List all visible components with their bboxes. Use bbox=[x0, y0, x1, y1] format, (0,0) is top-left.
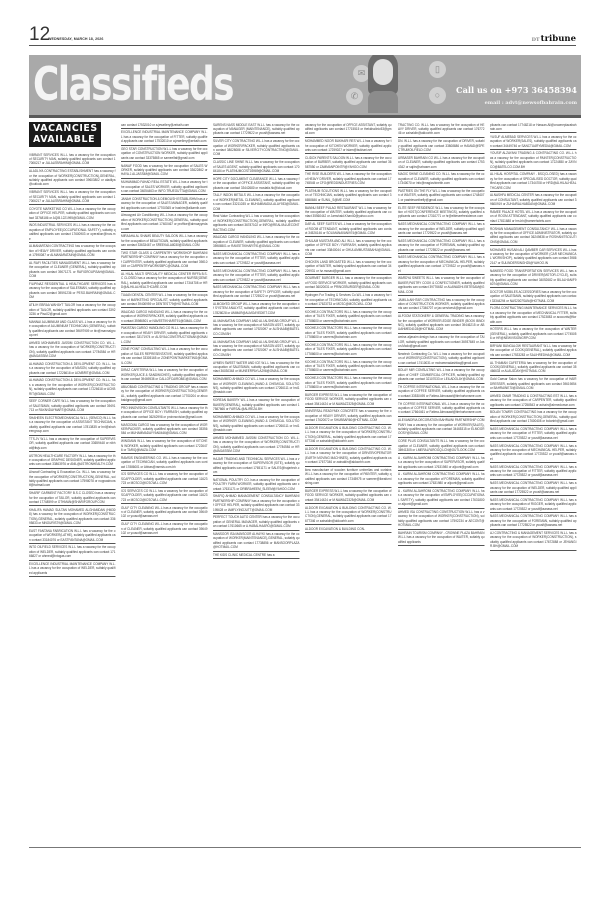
brand-name: tribune bbox=[541, 34, 576, 44]
classified-ad: PRO INNOVISION CONSULTANTS W.L.L has a v… bbox=[121, 405, 207, 421]
classified-ad: GEO STAR CONSTRUCTION W.L.L has a vacanc… bbox=[121, 146, 207, 162]
classified-ad: Real Value Contracting W.L.L has a vacan… bbox=[213, 214, 299, 234]
classified-ad: ZONE POINT CONSULTING W.L.L has a vacanc… bbox=[121, 347, 207, 367]
classified-ad: BANNU BEEF PULAO RESTAURANT W.L.L has a … bbox=[305, 205, 391, 221]
classified-ad: amina aljassim design has a vacancy for … bbox=[398, 335, 484, 351]
classified-ad: MASOOMA CARGO has a vacancy for the occu… bbox=[121, 422, 207, 438]
classified-ad: GHULAM MUSTAFA AND ALI W.L.L has a vacan… bbox=[305, 238, 391, 258]
heading-line-2: AVAILABLE bbox=[33, 135, 101, 146]
classified-ad: SARENS NASS MIDDLE EAST W.L.L has a vaca… bbox=[213, 122, 299, 138]
classified-ad: ALHAMAD CONSTRUCTION & DEVLOPMENT CO. W.… bbox=[29, 361, 115, 377]
ads-column-5: TRACTING CO. W.L.L has a vacancy for the… bbox=[398, 122, 485, 547]
classified-ad: AL RAFI FACILITIES MANAGEMENT W.L.L has … bbox=[29, 260, 115, 280]
classified-ad: TH COFFEE INTERNATIONAL W.L.L has a vaca… bbox=[398, 384, 484, 400]
classified-ad: PASTRIES ON THE FLY W.L.L has a vacancy … bbox=[398, 188, 484, 204]
classified-ad: VIBRANT SERVICES W.L.L has a vacancy for… bbox=[29, 190, 115, 206]
classified-ad: KOOHEJI CONTRACTORS W.L.L has a vacancy … bbox=[305, 376, 391, 392]
classified-ad: ABUOBAID CONTRACTING & TRADING GROUP has… bbox=[121, 384, 207, 404]
classified-ad: NASS MECHANICAL CONTRACTING COMPANY W.L.… bbox=[490, 443, 576, 463]
classified-ad: Newtech Contracting Co. W.L.L has a vaca… bbox=[398, 351, 484, 367]
classified-ad: THE KIDS CLINIC MEDICAL CENTRE has a bbox=[213, 552, 299, 559]
classified-ad: TALLY INDON METALS W.L.L has a vacancy f… bbox=[213, 193, 299, 213]
classified-ad: SEEF CORNER CAFE W.L.L has a vacancy for… bbox=[29, 399, 115, 415]
classified-ad: BIRYANI BUNGALOW RESTAURANT W.L.L has a … bbox=[490, 343, 576, 359]
classified-ad: TTS.JV W.L.L has a vacancy for the occup… bbox=[29, 436, 115, 452]
classified-ad: PLATINUM SOLUTIONS W.L.L has a vacancy f… bbox=[305, 188, 391, 204]
classified-ad: WALIDAD CARGO HANDLING W.L.L has a vacan… bbox=[121, 309, 207, 325]
classified-ad: TRACTING CO. W.L.L has a vacancy for the… bbox=[398, 122, 484, 138]
page-date: WEDNESDAY, MARCH 18, 2026 bbox=[48, 37, 104, 41]
classified-ad: CHICKEN LAND BROASTED W.L.L has a vacanc… bbox=[305, 259, 391, 275]
classified-ad: YUSUF ALMEBAD SERVICES W.L.L has a vacan… bbox=[490, 134, 576, 150]
classified-ad: PAKISTAN CARGO HANDLING CO W.L.L has a v… bbox=[121, 326, 207, 346]
classified-ad: ALNASHFA MEDICAL CENTER has a vacancy fo… bbox=[490, 193, 576, 209]
classified-ad: INOS INDUSTRIAL SERVICES W.L.L has a vac… bbox=[29, 223, 115, 243]
ads-column-3: SARENS NASS MIDDLE EAST W.L.L has a vaca… bbox=[213, 122, 300, 560]
classified-ad: A - KARIM ALJAHROMI CONTRACTING COMPANY … bbox=[398, 472, 484, 488]
classified-ad: EAST FANTANA FABRICATION W.L.L has a vac… bbox=[29, 528, 115, 544]
classified-ad: plicants can contact 17748218 or Hassan.… bbox=[490, 122, 576, 133]
ads-column-2: can contact 17532010 or a.jewellery@zeba… bbox=[121, 122, 208, 538]
classified-ad: COYOTE MARKETING CO W.L.L has a vacancy … bbox=[29, 206, 115, 222]
classified-ad: VIBRANT SERVICES W.L.L has a vacancy for… bbox=[29, 152, 115, 168]
classified-ad: CORE PLUS CONSULTANTS W.L.L has a vacanc… bbox=[398, 439, 484, 455]
mascot-illustration bbox=[362, 55, 402, 113]
page-number: 12 bbox=[29, 25, 50, 45]
email-text: email : advt@newsofbahrain.com bbox=[485, 100, 577, 106]
classified-ad: INTO OILFIELD SERVICES W.L.L has a vacan… bbox=[29, 545, 115, 561]
classified-ad: HAJAR TRADING AND TECHNICAL SERVICES W.L… bbox=[213, 456, 299, 476]
classified-ad: A - KARIM ALJAHROMI CONTRACTING COMPANY … bbox=[398, 455, 484, 471]
classified-ad: NATIONAL POULTRY CO. has a vacancy for t… bbox=[213, 477, 299, 493]
classified-ad: DOCTOR MOBILES ACCESSORIES has a vacancy… bbox=[490, 289, 576, 305]
classified-ad: ALMANARTAIN CONTRACTING has a vacancy fo… bbox=[29, 244, 115, 260]
classified-ad: ALMOAYED GROUP W.L.L has a vacancy for t… bbox=[213, 301, 299, 317]
classified-ad: ROSHAN MANAGEMENT CONSULTANCY W.L.L has … bbox=[490, 226, 576, 246]
classified-ad: MOHAMMED NOOR BUKHARI RES W.L.L has a va… bbox=[305, 139, 391, 155]
classified-ad: AJ CONTRACTING & MANAGEMENT SERVICES W.L… bbox=[490, 530, 576, 550]
classified-ad: UNIVERSAL READYMIX CONCRETE has a vacanc… bbox=[305, 409, 391, 425]
classified-ad: AHMED ISA CONTRACTING CONSTRUCTION W.L.L… bbox=[398, 509, 484, 529]
classified-ad: ALEXANDRIA DECORATION BAHRAINI PARTNERSH… bbox=[398, 418, 484, 438]
classified-ad: SHAFIQ AHMAD MANAGEMENT CONSULTANCY BAHR… bbox=[213, 494, 299, 514]
ads-column-1: VIBRANT SERVICES W.L.L has a vacancy for… bbox=[29, 152, 116, 578]
classified-ad: SHARIF GARMENT FACTORY B.S.C CLOSED has … bbox=[29, 491, 115, 507]
classified-ad: AL MAHAMTAN COMPANY AND ALI ALSHEAB GROU… bbox=[213, 339, 299, 359]
classified-ad: MANSOOR ISA MANSOOR ALHAYKI has a vacanc… bbox=[213, 531, 299, 551]
classified-ad: DN. W.L.L has a vacancy for the occupati… bbox=[398, 139, 484, 155]
classified-ad: NASS MECHANICAL CONTRACTING COMPANY W.L.… bbox=[490, 426, 576, 442]
classified-ad: NASS MECHANICAL CONTRACTING COMPANY W.L.… bbox=[213, 251, 299, 267]
classified-ad: TUAAN DENTAL CENTER W.L.L has a vacancy … bbox=[121, 293, 207, 309]
classified-ad: BAHRAIN TOURISM COMPANY - CROWNE PLAZA B… bbox=[398, 530, 484, 546]
heading-line-1: VACANCIES bbox=[33, 124, 101, 135]
classified-ad: THE RISE BUILDERS W.L.L has a vacancy fo… bbox=[305, 172, 391, 188]
classified-ad: EXCELLENCE INDUSTRIAL MAINTENANCE COMPAN… bbox=[29, 561, 115, 577]
bottom-divider bbox=[29, 847, 581, 848]
classified-ad: RAMEE PALACE HOTEL W.L.L has a vacancy f… bbox=[490, 209, 576, 225]
classified-ad: ASTRON HEALTHCARE FACTORY W.L.L has a va… bbox=[29, 453, 115, 469]
classified-ad: AL HILAL HOSPITAL COMPANY - BSC(CLOSED) … bbox=[490, 172, 576, 192]
classified-ad: DAR AL SEEF SUITES W.L.L has a vacancy f… bbox=[305, 222, 391, 238]
classified-ad: FLORA CONTRACTING MAINTENANCE SERVICES W… bbox=[490, 306, 576, 326]
classified-ad: can contact 17532010 or a.jewellery@zeba… bbox=[121, 122, 207, 129]
classified-ad: ELITE SEEF RESIDENCE W.L.L has a vacancy… bbox=[398, 205, 484, 221]
classified-ad: EXCELLENCE INDUSTRIAL MAINTENANCE COMPAN… bbox=[121, 130, 207, 146]
classified-ad: AL MAHAMTAN COMPANY AND ALI ALSHEAB GROU… bbox=[213, 318, 299, 338]
classified-ad: MOHAMMED AHMADI CO W.L.L has a vacancy f… bbox=[213, 414, 299, 434]
classified-ad: KOOHEJI CONTRACTORS W.L.L has a vacancy … bbox=[305, 359, 391, 375]
classified-ad: MANNAI ALUMINIUM AND GLASS W.L.L has a v… bbox=[29, 319, 115, 339]
masthead: 12 WEDNESDAY, MARCH 18, 2026 DTtribune bbox=[29, 25, 576, 46]
classified-ad: NASS MECHANICAL CONTRACTING COMPANY W.L.… bbox=[213, 285, 299, 301]
classified-ad: Gold Caesar Salon has a vacancy for the … bbox=[490, 377, 576, 393]
classified-ad: vacancy for the occupation of OFFICE ASS… bbox=[305, 122, 391, 138]
classified-ad: TWO STAR GLASS & CARPENTRY WORKSHOP BAHR… bbox=[121, 250, 207, 270]
classified-ad: TH COFFEE INTERNATIONAL W.L.L has a vaca… bbox=[398, 401, 484, 417]
banner-title: Classifieds bbox=[33, 56, 233, 112]
classified-ad: ALADLIYA CONTRACTING ESTABLISHMENT has a… bbox=[29, 169, 115, 189]
classified-ad: WINGMAN W.L.L has a vacancy for the occu… bbox=[121, 439, 207, 455]
classified-ad: NASS MECHANICAL CONTRACTING COMPANY W.L.… bbox=[398, 222, 484, 238]
globe-icon: ○ bbox=[429, 87, 446, 104]
classified-ad: HOTERS W.L.L has a vacancy for the occup… bbox=[490, 327, 576, 343]
classified-ad: KOOHEJI CONTRACTORS W.L.L has a vacancy … bbox=[305, 342, 391, 358]
classified-ad: WARDYA SWEETS W.L.L has a vacancy for th… bbox=[398, 276, 484, 296]
classified-ad: ALDOOR EXCAVATION & BUILDING CONTRACTING… bbox=[305, 505, 391, 525]
classified-ad: AHMED MOHAMMED JASSIM CONSTRUCTION CO. W… bbox=[213, 435, 299, 455]
classified-ad: ALHAMAD CONSTRUCTION & DEVLOPMENT CO. W.… bbox=[29, 378, 115, 398]
classified-ad: AHMED OMAR TRADING & CONTRACTING EST W.L… bbox=[490, 393, 576, 409]
call-us-text: Call us on +973 36458394 bbox=[456, 85, 577, 95]
classified-ad: Almoayyed Air Conditioning W.L.L has a v… bbox=[121, 213, 207, 233]
classified-ad: MOHAMMED AHMADI CO W.L.L has a vacancy f… bbox=[213, 377, 299, 397]
classified-ad: Alnoraif Contracting & Excavation Co. W.… bbox=[29, 470, 115, 490]
classified-ad: JANAH CONSTRUCTION & DEMOLISH ESTABLISHM… bbox=[121, 196, 207, 212]
classified-ad: NASS MECHANICAL CONTRACTING COMPANY W.L.… bbox=[398, 255, 484, 275]
classified-ad: Hydrogen For Trading & Services Co.W.L.L… bbox=[305, 293, 391, 309]
mobile-icon: ▯ bbox=[429, 61, 446, 78]
classified-ad: NASS MECHANICAL CONTRACTING COMPANY W.L.… bbox=[490, 497, 576, 513]
classified-ad: BOLAY MIR CONSULTING W.L.L has a vacancy… bbox=[398, 368, 484, 384]
classified-ad: MAGIC SHINE CLEANING CO. W.L.L has a vac… bbox=[398, 172, 484, 188]
classified-ad: GULF CITY CLEANING W.L.L has a vacancy f… bbox=[121, 522, 207, 538]
classified-ad: ikea manufacture of wooden furniture umb… bbox=[305, 467, 391, 487]
phone-icon: ✆ bbox=[346, 88, 363, 105]
classified-ad: DIRAZ CAFETERIA W.L.L has a vacancy for … bbox=[121, 368, 207, 384]
logo-mark-icon: DT bbox=[532, 37, 540, 43]
classified-ad: NAWAF FOOD has a vacancy for the occupat… bbox=[121, 163, 207, 179]
newspaper-logo: DTtribune bbox=[532, 34, 576, 44]
classified-ad: ICS SERVICES CO W.L.L has a vacancy for … bbox=[121, 488, 207, 504]
classified-ad: BURGER EXPRESS W.L.L has a vacancy for t… bbox=[305, 488, 391, 504]
classified-ad: NASS MECHANICAL CONTRACTING COMPANY W.L.… bbox=[490, 514, 576, 530]
classified-ad: A - KARIM ALJAHROMI CONTRACTING COMPANY … bbox=[398, 488, 484, 508]
classified-ad: SHAHEEN ELECTROMECHANICAL W.L.L (SEMCO) … bbox=[29, 415, 115, 435]
ads-column-4: vacancy for the occupation of OFFICE ASS… bbox=[305, 122, 392, 534]
classified-ad: MUHAMMAD FAHAD REAL ESTATE W.L.L has a v… bbox=[121, 180, 207, 196]
classifieds-banner: Classifieds ✉ ✆ ▯ ○ Call us on +973 3645… bbox=[29, 55, 581, 118]
classified-ad: ATILIH EBRAA WAHAYT TAILOR has a vacancy… bbox=[29, 303, 115, 319]
classified-ad: ALDOOR EXCAVATION & BUILDING CON- bbox=[305, 526, 391, 533]
classified-ad: KHALIFA HAMAD SULTAN MOHAMED ALGHAMDAN (… bbox=[29, 507, 115, 527]
classified-ad: AHMED MOHAMMED JASSIM CONSTRUCTION CO. W… bbox=[29, 340, 115, 360]
classified-ad: SILVER CITY CONTRACTING W.L.L has a vaca… bbox=[213, 139, 299, 159]
classified-ad: PERFECT TOUCH AUTO CENTER has a vacancy … bbox=[213, 515, 299, 531]
section-heading: VACANCIES AVAILABLE bbox=[29, 122, 101, 147]
classified-ad: GOURMET BURGER W.L.L has a vacancy for t… bbox=[305, 276, 391, 292]
classified-ad: FILIPINAZ RESIDENTIAL & HEALTHCARE SERVI… bbox=[29, 281, 115, 301]
classified-ad: ICS SERVICES CO W.L.L has a vacancy for … bbox=[121, 472, 207, 488]
classified-ad: AL THAMAN CAFETERIA has a vacancy for th… bbox=[490, 360, 576, 376]
classified-ad: NASS MECHANICAL CONTRACTING COMPANY W.L.… bbox=[490, 481, 576, 497]
classified-ad: URBASER BAHRAIN CO W.L.L has a vacancy f… bbox=[398, 155, 484, 171]
classified-ad: KOREAN BAKERY W.L.L has a vacancy for th… bbox=[213, 398, 299, 414]
classified-ad: YOUSIF ALZAYANI TRADING & CONTRACTING CO… bbox=[490, 151, 576, 171]
classified-ad: ALDOOR EXCAVATION & BUILDING CONTRACTING… bbox=[305, 425, 391, 445]
classified-ad: CLASSIC LINE SHINE W.L.L has a vacancy f… bbox=[213, 160, 299, 176]
classified-ad: MIRAAHA AL SHAMS BEAUTY SALOON W.L.L has… bbox=[121, 234, 207, 250]
classified-ad: BOLAN TOWER CONTRACTING has a vacancy fo… bbox=[490, 410, 576, 426]
classified-ad: AL HILAL MULTI SPECIALITY MEDICAL CENTER… bbox=[121, 271, 207, 291]
classified-ad: NAWEED FOOD TRANSPORTATION SERVICES W.L.… bbox=[490, 268, 576, 288]
classified-ad: AYMEN SWEET WATER AND ICE W.L.L has a va… bbox=[213, 360, 299, 376]
classified-ad: ALDOOR EXCAVATION & BUILDING CONTRACTING… bbox=[305, 446, 391, 466]
classified-ad: NASS MECHANICAL CONTRACTING COMPANY W.L.… bbox=[490, 464, 576, 480]
classified-ad: WALIDAD CARGO HANDLING W.L.L has a vacan… bbox=[213, 235, 299, 251]
classified-ad: BURGER EXPRESS W.L.L has a vacancy for t… bbox=[305, 392, 391, 408]
classified-ad: HOPE CITY DOCUMENT CLEARANCE W.L.L has a… bbox=[213, 176, 299, 192]
classified-ad: GULF CITY CLEANING W.L.L has a vacancy f… bbox=[121, 505, 207, 521]
ads-column-6: plicants can contact 17748218 or Hassan.… bbox=[490, 122, 577, 551]
classified-ad: KOOHEJI CONTRACTORS W.L.L has a vacancy … bbox=[305, 309, 391, 325]
classified-ad: ALFOOM STATIONERY & GENERAL TRADING has … bbox=[398, 314, 484, 334]
classified-ad: JAMILA AKHTAR CONTRACTING has a vacancy … bbox=[398, 297, 484, 313]
classified-ad: KOOHEJI CONTRACTORS W.L.L has a vacancy … bbox=[305, 326, 391, 342]
classified-ad: CLIDOX PARENTS SALOON W.L.L has a vacanc… bbox=[305, 155, 391, 171]
classified-ad: NASS MECHANICAL CONTRACTING COMPANY W.L.… bbox=[398, 238, 484, 254]
classified-ad: NASS MECHANICAL CONTRACTING COMPANY W.L.… bbox=[213, 268, 299, 284]
classified-ad: RAMSIS ENGINEERING CO. W.L.L has a vacan… bbox=[121, 455, 207, 471]
classified-ad: MOHAMED HUSAIN ALI QAMBER CAR SERVICES W… bbox=[490, 247, 576, 267]
